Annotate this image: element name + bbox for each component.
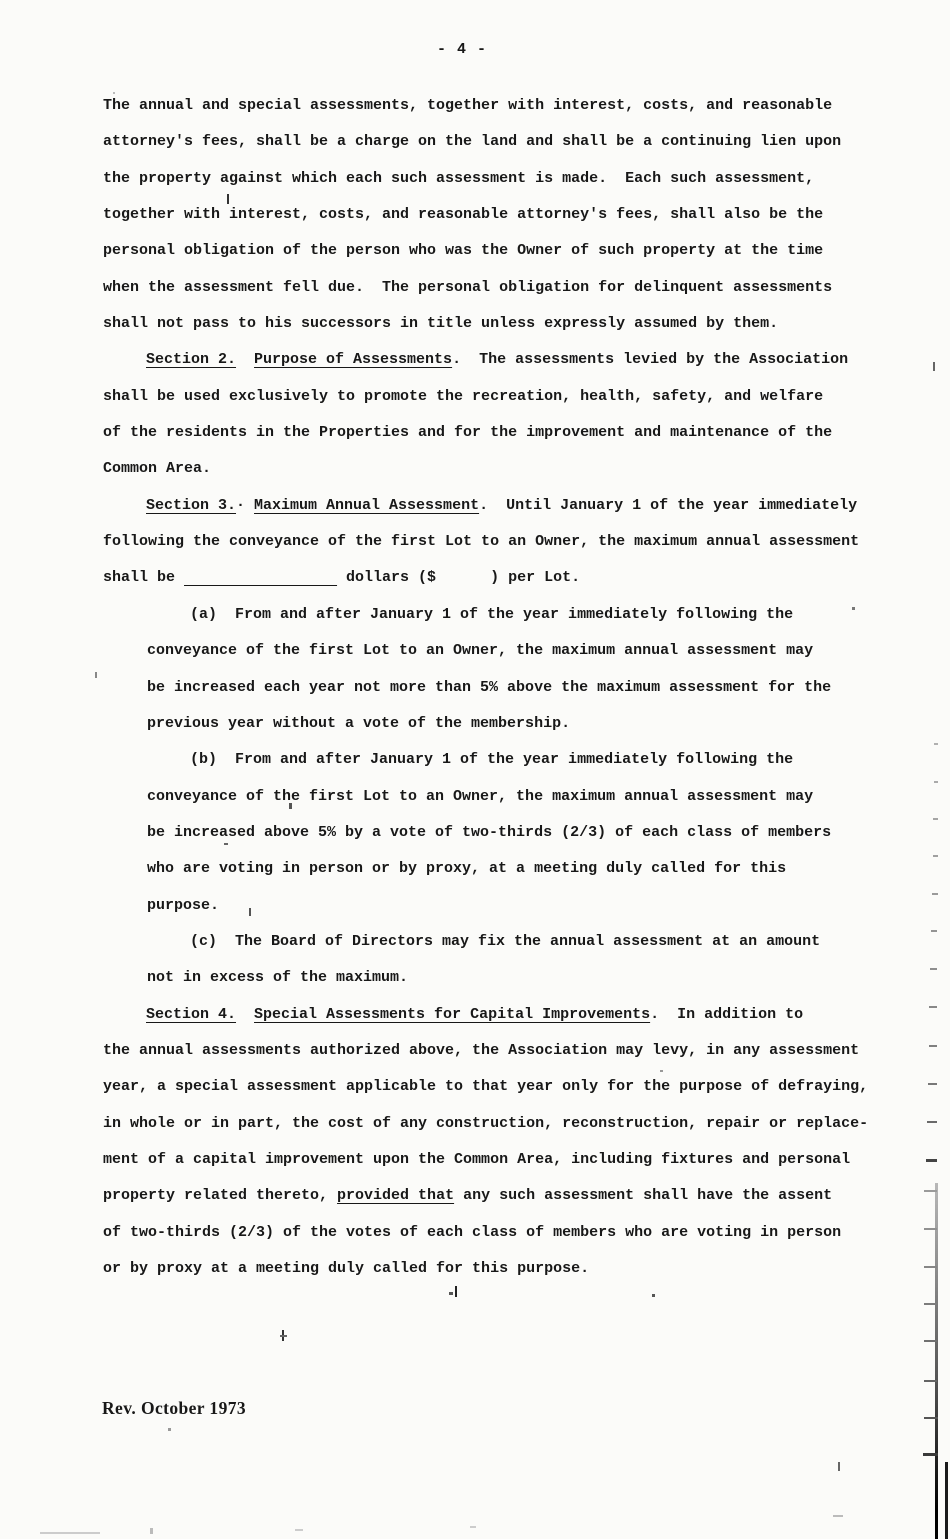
text-segment: who are voting in person or by proxy, at… (147, 860, 786, 877)
underlined-text: Section 3. (146, 497, 236, 514)
text-line: year, a special assessment applicable to… (0, 1069, 950, 1105)
binding-tick-mark (924, 1340, 937, 1342)
text-line: property related thereto, provided that … (0, 1178, 950, 1214)
scan-speck (833, 1515, 843, 1517)
text-segment: any such assessment shall have the assen… (454, 1187, 832, 1204)
text-line: together with interest, costs, and reaso… (0, 197, 950, 233)
text-line: The annual and special assessments, toge… (0, 88, 950, 124)
text-segment: be increased each year not more than 5% … (147, 679, 831, 696)
text-line: who are voting in person or by proxy, at… (0, 851, 950, 887)
text-segment: or by proxy at a meeting duly called for… (103, 1260, 589, 1277)
text-segment: of two-thirds (2/3) of the votes of each… (103, 1224, 841, 1241)
scan-speck (168, 1428, 171, 1431)
paper-edge-line (945, 1462, 948, 1539)
scan-speck (455, 1286, 457, 1297)
revision-date: Rev. October 1973 (102, 1398, 246, 1419)
text-segment: following the conveyance of the first Lo… (103, 533, 859, 550)
text-line: of the residents in the Properties and f… (0, 415, 950, 451)
text-segment: year, a special assessment applicable to… (103, 1078, 868, 1095)
scan-speck (838, 1462, 840, 1471)
underlined-text: Section 2. (146, 351, 236, 368)
text-line: the annual assessments authorized above,… (0, 1033, 950, 1069)
text-segment: (c) The Board of Directors may fix the a… (190, 933, 820, 950)
text-line: conveyance of the first Lot to an Owner,… (0, 633, 950, 669)
text-line: the property against which each such ass… (0, 161, 950, 197)
binding-tick-mark (924, 1380, 937, 1382)
text-segment (236, 351, 254, 368)
text-line: purpose. (0, 888, 950, 924)
text-line: in whole or in part, the cost of any con… (0, 1106, 950, 1142)
text-line: shall be used exclusively to promote the… (0, 379, 950, 415)
text-line: be increased each year not more than 5% … (0, 670, 950, 706)
document-page: - 4 - The annual and special assessments… (0, 0, 950, 1539)
underlined-text: Special Assessments for Capital Improvem… (254, 1006, 650, 1023)
text-segment: . Until January 1 of the year immediatel… (479, 497, 857, 514)
text-segment: · (236, 497, 254, 514)
text-segment: when the assessment fell due. The person… (103, 279, 832, 296)
text-line: ment of a capital improvement upon the C… (0, 1142, 950, 1178)
text-segment: ) per Lot. (490, 569, 580, 586)
text-segment: dollars ($ (337, 569, 436, 586)
binding-tick-mark (923, 1453, 938, 1456)
text-segment: . The assessments levied by the Associat… (452, 351, 848, 368)
text-line: be increased above 5% by a vote of two-t… (0, 815, 950, 851)
page-number: - 4 - (437, 41, 487, 58)
text-segment: purpose. (147, 897, 219, 914)
binding-tick-mark (924, 1417, 938, 1419)
underlined-text (184, 569, 337, 586)
text-segment: the annual assessments authorized above,… (103, 1042, 859, 1059)
scan-speck (449, 1292, 453, 1295)
scan-speck (652, 1294, 655, 1297)
binding-tick-mark (924, 1303, 937, 1305)
scan-speck (295, 1529, 303, 1531)
text-segment: . In addition to (650, 1006, 803, 1023)
text-line: (b) From and after January 1 of the year… (0, 742, 950, 778)
text-line: or by proxy at a meeting duly called for… (0, 1251, 950, 1287)
text-line: Section 3.· Maximum Annual Assessment. U… (0, 488, 950, 524)
scan-speck (150, 1528, 153, 1534)
text-segment: the property against which each such ass… (103, 170, 814, 187)
text-line: not in excess of the maximum. (0, 960, 950, 996)
text-segment: previous year without a vote of the memb… (147, 715, 570, 732)
text-segment: shall not pass to his successors in titl… (103, 315, 778, 332)
document-body: The annual and special assessments, toge… (0, 88, 950, 1287)
scan-speck (40, 1532, 100, 1534)
text-segment: conveyance of the first Lot to an Owner,… (147, 788, 813, 805)
text-segment: shall be (103, 569, 184, 586)
text-segment: be increased above 5% by a vote of two-t… (147, 824, 831, 841)
text-segment: conveyance of the first Lot to an Owner,… (147, 642, 813, 659)
text-segment: (b) From and after January 1 of the year… (190, 751, 793, 768)
text-line: (a) From and after January 1 of the year… (0, 597, 950, 633)
underlined-text: provided that (337, 1187, 454, 1204)
text-segment: Common Area. (103, 460, 211, 477)
text-line: following the conveyance of the first Lo… (0, 524, 950, 560)
text-segment: not in excess of the maximum. (147, 969, 408, 986)
text-line: (c) The Board of Directors may fix the a… (0, 924, 950, 960)
text-line: personal obligation of the person who wa… (0, 233, 950, 269)
text-segment: The annual and special assessments, toge… (103, 97, 832, 114)
text-segment: (a) From and after January 1 of the year… (190, 606, 793, 623)
text-line: attorney's fees, shall be a charge on th… (0, 124, 950, 160)
underlined-text: Purpose of Assessments (254, 351, 452, 368)
text-segment (236, 1006, 254, 1023)
text-line: Section 4. Special Assessments for Capit… (0, 997, 950, 1033)
scan-speck (470, 1526, 476, 1528)
text-segment: attorney's fees, shall be a charge on th… (103, 133, 841, 150)
scan-speck (282, 1330, 284, 1341)
text-line: of two-thirds (2/3) of the votes of each… (0, 1215, 950, 1251)
text-line: when the assessment fell due. The person… (0, 270, 950, 306)
text-segment: personal obligation of the person who wa… (103, 242, 823, 259)
text-line: Section 2. Purpose of Assessments. The a… (0, 342, 950, 378)
text-segment: together with interest, costs, and reaso… (103, 206, 823, 223)
underlined-text: Maximum Annual Assessment (254, 497, 479, 514)
text-segment: of the residents in the Properties and f… (103, 424, 832, 441)
text-line: shall not pass to his successors in titl… (0, 306, 950, 342)
underlined-text: Section 4. (146, 1006, 236, 1023)
scan-speck (280, 1335, 287, 1337)
text-segment: in whole or in part, the cost of any con… (103, 1115, 868, 1132)
text-line: shall be dollars ($ ) per Lot. (0, 560, 950, 596)
text-segment: shall be used exclusively to promote the… (103, 388, 823, 405)
text-line: previous year without a vote of the memb… (0, 706, 950, 742)
text-line: conveyance of the first Lot to an Owner,… (0, 779, 950, 815)
text-segment: ment of a capital improvement upon the C… (103, 1151, 850, 1168)
text-segment: property related thereto, (103, 1187, 337, 1204)
text-line: Common Area. (0, 451, 950, 487)
text-segment (436, 569, 490, 586)
